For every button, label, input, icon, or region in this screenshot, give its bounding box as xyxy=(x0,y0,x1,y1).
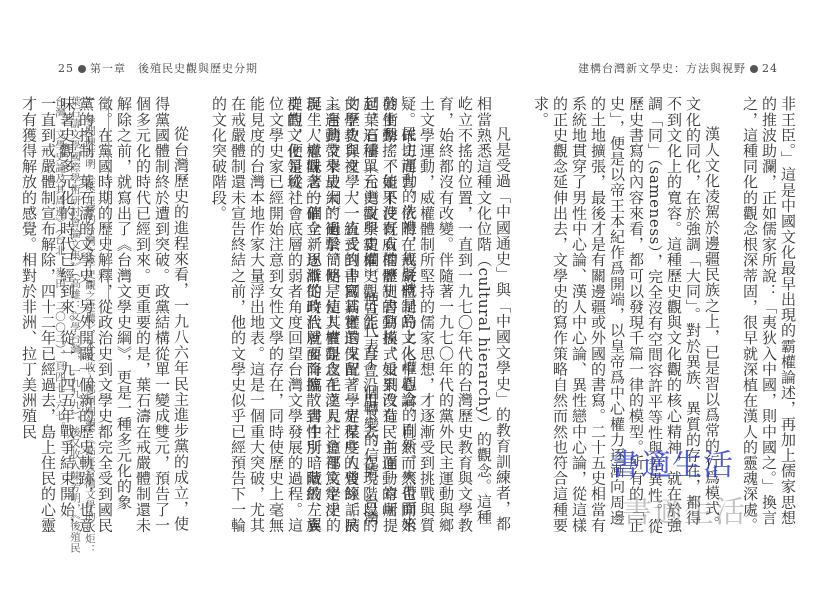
page-number-right: 24 xyxy=(762,62,778,75)
paragraph: 非王臣。」這是中國文化最早出現的霸權論述，再加上儒家思想的推波助瀾，正如儒家所說… xyxy=(740,96,797,536)
book-title: 建構台灣新文學史：方法與視野 xyxy=(578,62,746,75)
page-number-left: 25 xyxy=(58,62,74,75)
footnote-divider xyxy=(108,100,109,310)
paragraph: 民主運動的洗禮，無疑就是島上人權觀念的刷新。夾帶而來的衝擊，不能不使既有的歷史書… xyxy=(209,96,418,536)
footnote-text: 參閱陳芳明〈葉石濤的台灣文學史觀之建構〉，本文收入鄭炯明編，《點亮台灣文學的火炬… xyxy=(54,96,96,555)
bullet-icon xyxy=(78,65,86,73)
watermark: 書適生活 xyxy=(610,440,734,484)
chapter-title: 第一章 後殖民史觀與歷史分期 xyxy=(90,62,258,75)
running-head-right: 建構台灣新文學史：方法與視野24 xyxy=(578,60,778,76)
bullet-icon xyxy=(750,65,758,73)
footnote-marker: 1 xyxy=(84,96,96,103)
watermark-shadow: 書適生活 xyxy=(622,487,746,531)
running-head-left: 25第一章 後殖民史觀與歷史分期 xyxy=(58,60,258,76)
footnote: 1 參閱陳芳明〈葉石濤的台灣文學史觀之建構〉，本文收入鄭炯明編，《點亮台灣文學的… xyxy=(52,96,97,556)
left-page-body: 民主運動的洗禮，無疑就是島上人權觀念的刷新。夾帶而來的衝擊，不能不使既有的歷史書… xyxy=(128,96,418,536)
paragraph: 從台灣歷史的進程來看，一九八六年民主進步黨的成立，使得黨國體制終於遭到突破。政黨… xyxy=(19,96,190,536)
